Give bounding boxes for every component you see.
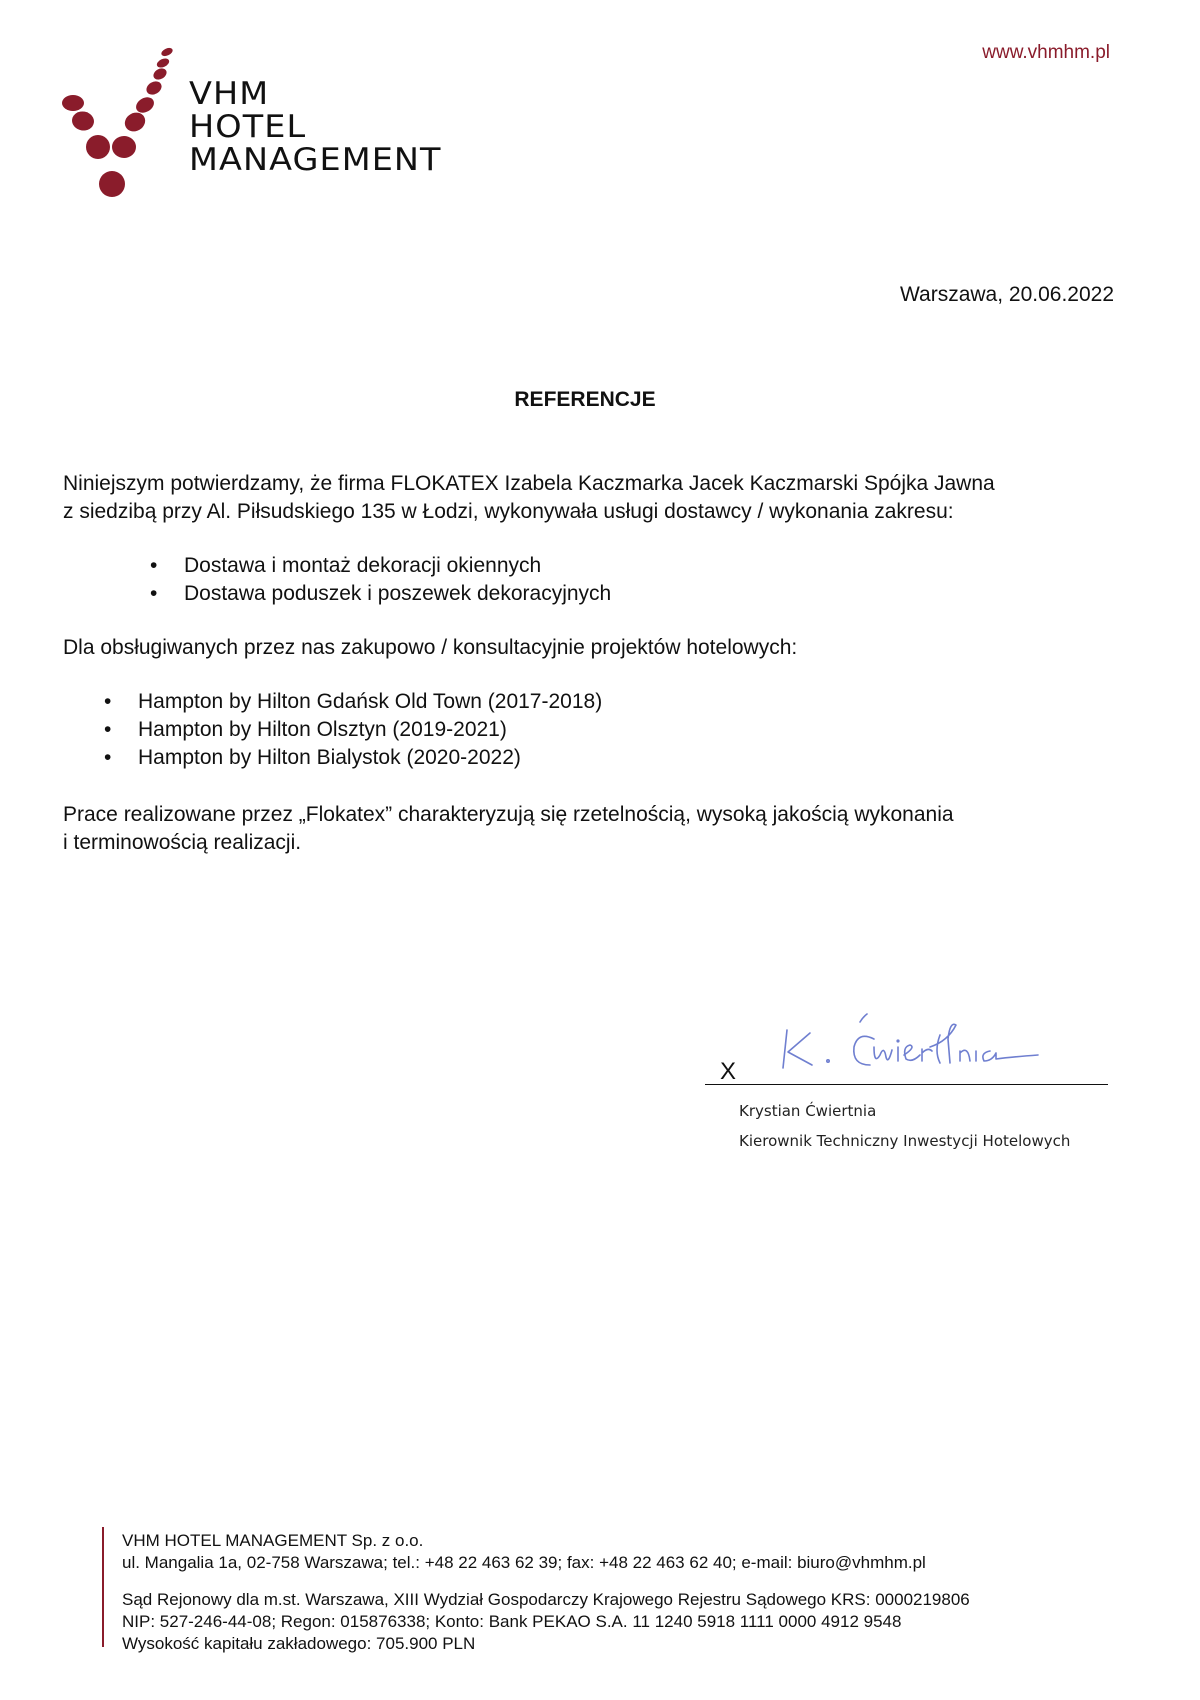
list-item: • Hampton by Hilton Bialystok (2020-2022… [104, 744, 602, 772]
list-item: • Hampton by Hilton Olsztyn (2019-2021) [104, 716, 602, 744]
document-title: REFERENCJE [0, 388, 1170, 412]
footer-court: Sąd Rejonowy dla m.st. Warszawa, XIII Wy… [122, 1589, 970, 1611]
intro-line-1: Niniejszym potwierdzamy, że firma FLOKAT… [63, 470, 1115, 498]
signer-position: Kierownik Techniczny Inwestycji Hotelowy… [739, 1132, 1070, 1150]
bullet-icon: • [150, 580, 157, 608]
logo-line-vhm: VHM [189, 78, 442, 111]
closing-line-1: Prace realizowane przez „Flokatex” chara… [63, 801, 1115, 829]
service-text: Dostawa i montaż dekoracji okiennych [184, 554, 541, 577]
services-list: • Dostawa i montaż dekoracji okiennych •… [150, 552, 611, 608]
place-date: Warszawa, 20.06.2022 [900, 283, 1114, 307]
bullet-icon: • [104, 688, 111, 716]
list-item: • Hampton by Hilton Gdańsk Old Town (201… [104, 688, 602, 716]
list-item: • Dostawa i montaż dekoracji okiennych [150, 552, 611, 580]
company-logo-wordmark: VHM HOTEL MANAGEMENT [189, 78, 423, 177]
footer-registration: Sąd Rejonowy dla m.st. Warszawa, XIII Wy… [122, 1589, 970, 1655]
signature-line [705, 1084, 1108, 1085]
project-text: Hampton by Hilton Gdańsk Old Town (2017-… [138, 690, 602, 713]
website-link[interactable]: www.vhmhm.pl [982, 42, 1110, 64]
logo-line-hotel: HOTEL [189, 111, 442, 144]
signature-mark: X [720, 1058, 736, 1086]
bullet-icon: • [104, 744, 111, 772]
footer-accent-bar [102, 1527, 104, 1647]
footer-company: VHM HOTEL MANAGEMENT Sp. z o.o. ul. Mang… [122, 1530, 926, 1574]
closing-paragraph: Prace realizowane przez „Flokatex” chara… [63, 801, 1115, 857]
logo-line-management: MANAGEMENT [189, 144, 442, 177]
footer-ids: NIP: 527-246-44-08; Regon: 015876338; Ko… [122, 1611, 970, 1633]
project-text: Hampton by Hilton Olsztyn (2019-2021) [138, 718, 507, 741]
bullet-icon: • [150, 552, 157, 580]
projects-intro: Dla obsługiwanych przez nas zakupowo / k… [63, 634, 1115, 662]
footer-company-name: VHM HOTEL MANAGEMENT Sp. z o.o. [122, 1530, 926, 1552]
logo-dots-icon [0, 0, 200, 220]
intro-line-2: z siedzibą przy Al. Piłsudskiego 135 w Ł… [63, 498, 1115, 526]
handwritten-signature-icon [770, 995, 1060, 1080]
signer-name: Krystian Ćwiertnia [739, 1102, 876, 1120]
footer-capital: Wysokość kapitału zakładowego: 705.900 P… [122, 1633, 970, 1655]
intro-paragraph: Niniejszym potwierdzamy, że firma FLOKAT… [63, 470, 1115, 526]
footer-address: ul. Mangalia 1a, 02-758 Warszawa; tel.: … [122, 1552, 926, 1574]
closing-line-2: i terminowością realizacji. [63, 829, 1115, 857]
list-item: • Dostawa poduszek i poszewek dekoracyjn… [150, 580, 611, 608]
service-text: Dostawa poduszek i poszewek dekoracyjnyc… [184, 582, 611, 605]
bullet-icon: • [104, 716, 111, 744]
project-text: Hampton by Hilton Bialystok (2020-2022) [138, 746, 521, 769]
projects-list: • Hampton by Hilton Gdańsk Old Town (201… [104, 688, 602, 772]
